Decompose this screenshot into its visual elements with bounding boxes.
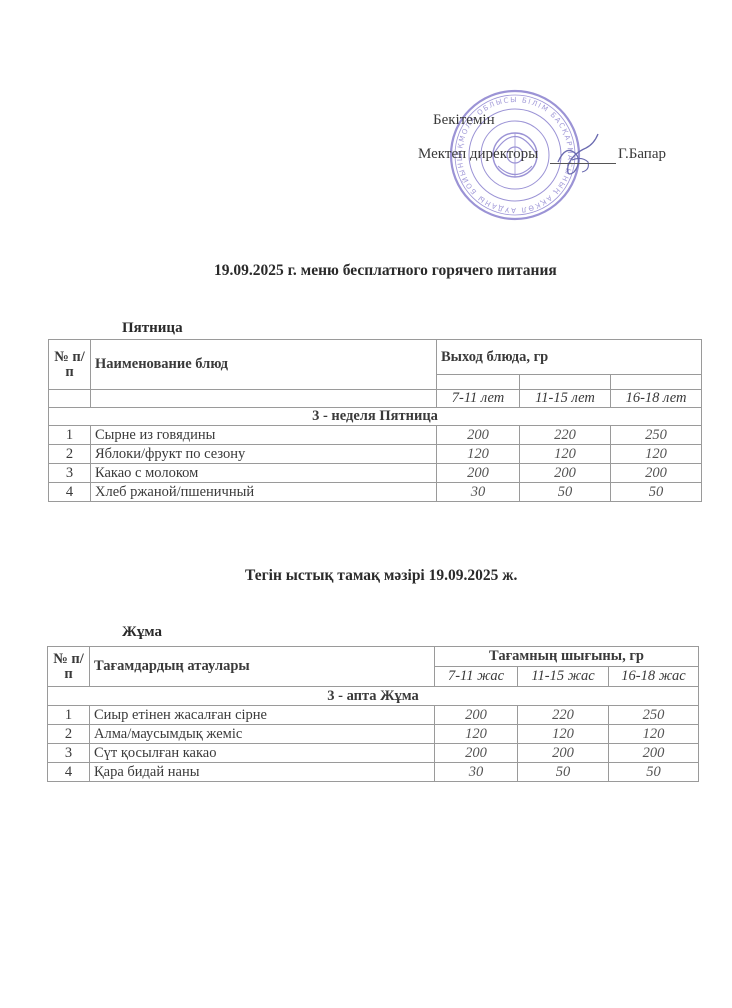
signature-line	[550, 163, 616, 164]
portion-value: 200	[518, 744, 609, 763]
table-row: 2Яблоки/фрукт по сезону120120120	[49, 445, 702, 464]
table-row: 3Сүт қосылған какао200200200	[48, 744, 699, 763]
age-group-header: 16-18 лет	[611, 390, 702, 408]
dish-name: Сиыр етінен жасалған сірне	[90, 706, 435, 725]
week-row: 3 - неделя Пятница	[49, 408, 702, 426]
col-header-output: Выход блюда, гр	[437, 340, 702, 375]
col-header-num: № п/п	[48, 647, 90, 687]
table-row: 1Сиыр етінен жасалған сірне200220250	[48, 706, 699, 725]
age-group-header: 7-11 жас	[435, 667, 518, 687]
portion-value: 30	[437, 483, 520, 502]
age-group-header: 11-15 лет	[520, 390, 611, 408]
portion-value: 200	[611, 464, 702, 483]
row-number: 3	[48, 744, 90, 763]
dish-name: Сүт қосылған какао	[90, 744, 435, 763]
row-number: 1	[48, 706, 90, 725]
approved-label: Бекітемін	[433, 112, 495, 129]
table-row: 3Какао с молоком200200200	[49, 464, 702, 483]
row-number: 1	[49, 426, 91, 445]
portion-value: 200	[609, 744, 699, 763]
kz-menu-table: № п/п Тағамдардың атаулары Тағамның шығы…	[47, 646, 699, 782]
table-row: 4Қара бидай наны305050	[48, 763, 699, 782]
portion-value: 250	[611, 426, 702, 445]
portion-value: 120	[611, 445, 702, 464]
table-row: 4Хлеб ржаной/пшеничный305050	[49, 483, 702, 502]
col-header-num: № п/п	[49, 340, 91, 390]
ru-day-label: Пятница	[122, 320, 183, 337]
dish-name: Қара бидай наны	[90, 763, 435, 782]
dish-name: Сырне из говядины	[91, 426, 437, 445]
portion-value: 30	[435, 763, 518, 782]
portion-value: 250	[609, 706, 699, 725]
director-position: Мектеп директоры	[418, 146, 538, 163]
dish-name: Хлеб ржаной/пшеничный	[91, 483, 437, 502]
col-header-output: Тағамның шығыны, гр	[435, 647, 699, 667]
director-name: Г.Бапар	[618, 146, 666, 163]
dish-name: Алма/маусымдық жеміс	[90, 725, 435, 744]
col-header-name: Наименование блюд	[91, 340, 437, 390]
portion-value: 50	[611, 483, 702, 502]
row-number: 2	[48, 725, 90, 744]
kz-menu-title: Тегін ыстық тамақ мәзірі 19.09.2025 ж.	[245, 567, 517, 585]
table-row: 1Сырне из говядины200220250	[49, 426, 702, 445]
portion-value: 50	[609, 763, 699, 782]
portion-value: 200	[437, 426, 520, 445]
row-number: 2	[49, 445, 91, 464]
age-group-header: 16-18 жас	[609, 667, 699, 687]
portion-value: 200	[435, 744, 518, 763]
row-number: 3	[49, 464, 91, 483]
portion-value: 220	[520, 426, 611, 445]
portion-value: 200	[520, 464, 611, 483]
portion-value: 120	[609, 725, 699, 744]
table-row: 2Алма/маусымдық жеміс120120120	[48, 725, 699, 744]
dish-name: Яблоки/фрукт по сезону	[91, 445, 437, 464]
portion-value: 120	[437, 445, 520, 464]
row-number: 4	[49, 483, 91, 502]
portion-value: 200	[437, 464, 520, 483]
portion-value: 50	[518, 763, 609, 782]
age-group-header: 11-15 жас	[518, 667, 609, 687]
week-row: 3 - апта Жұма	[48, 687, 699, 706]
kz-day-label: Жұма	[122, 624, 162, 641]
portion-value: 220	[518, 706, 609, 725]
portion-value: 120	[518, 725, 609, 744]
ru-menu-table: № п/п Наименование блюд Выход блюда, гр …	[48, 339, 702, 502]
signature	[548, 132, 608, 182]
col-header-name: Тағамдардың атаулары	[90, 647, 435, 687]
portion-value: 120	[435, 725, 518, 744]
row-number: 4	[48, 763, 90, 782]
dish-name: Какао с молоком	[91, 464, 437, 483]
portion-value: 200	[435, 706, 518, 725]
portion-value: 120	[520, 445, 611, 464]
portion-value: 50	[520, 483, 611, 502]
ru-menu-title: 19.09.2025 г. меню бесплатного горячего …	[214, 262, 557, 280]
age-group-header: 7-11 лет	[437, 390, 520, 408]
